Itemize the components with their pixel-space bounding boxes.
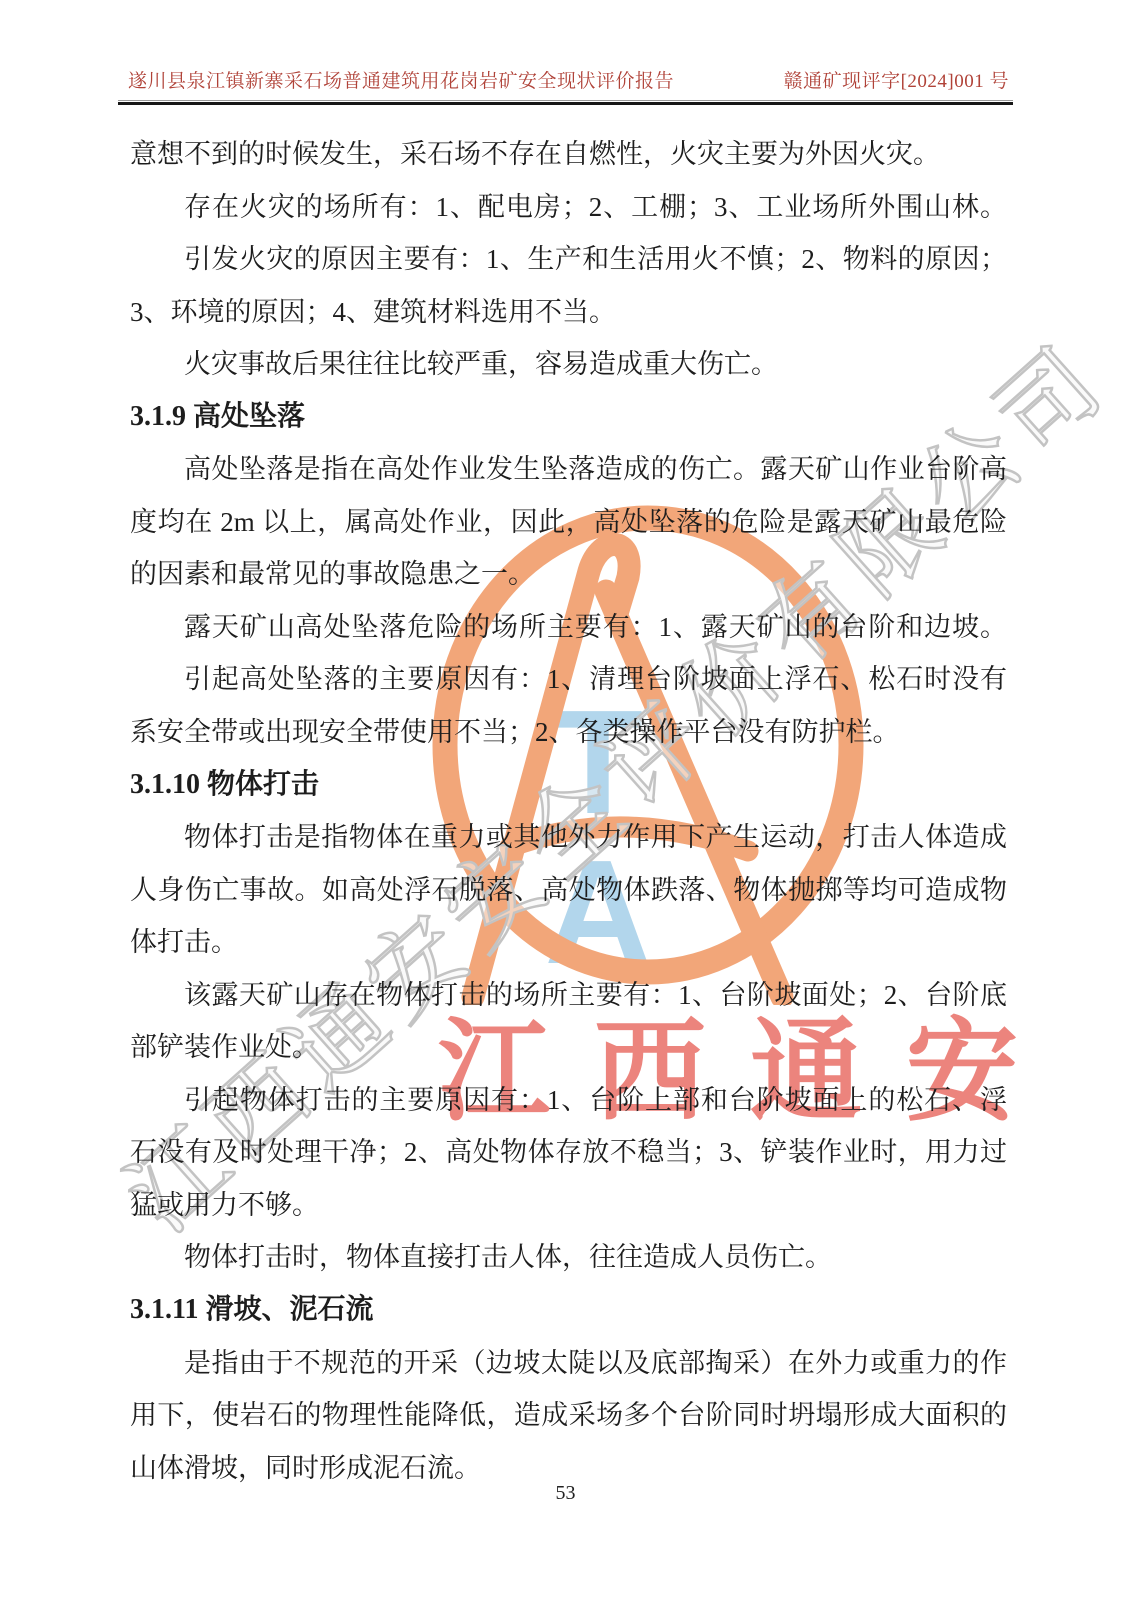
body-line: 引发火灾的原因主要有：1、生产和生活用火不慎；2、物料的原因； <box>130 233 1007 286</box>
body-line: 意想不到的时候发生，采石场不存在自燃性，火灾主要为外因火灾。 <box>130 128 1007 181</box>
body-line: 度均在 2m 以上，属高处作业，因此，高处坠落的危险是露天矿山最危险 <box>130 496 1007 549</box>
body-line: 系安全带或出现安全带使用不当；2、各类操作平台没有防护栏。 <box>130 706 1007 759</box>
body-line: 物体打击是指物体在重力或其他外力作用下产生运动，打击人体造成 <box>130 811 1007 864</box>
page-number: 53 <box>0 1482 1131 1505</box>
body-line: 露天矿山高处坠落危险的场所主要有：1、露天矿山的台阶和边坡。 <box>130 601 1007 654</box>
header-rule-thin-line <box>118 100 1013 101</box>
body-line: 人身伤亡事故。如高处浮石脱落、高处物体跌落、物体抛掷等均可造成物 <box>130 864 1007 917</box>
section-heading: 3.1.10 物体打击 <box>130 759 1007 812</box>
header-document-number: 赣通矿现评字[2024]001 号 <box>784 66 1009 93</box>
page-header: 遂川县泉江镇新寨采石场普通建筑用花岗岩矿安全现状评价报告 赣通矿现评字[2024… <box>128 66 1009 93</box>
body-line: 用下，使岩石的物理性能降低，造成采场多个台阶同时坍塌形成大面积的 <box>130 1389 1007 1442</box>
header-rule-thick-line <box>118 102 1013 105</box>
body-line: 火灾事故后果往往比较严重，容易造成重大伤亡。 <box>130 338 1007 391</box>
body-line: 引起高处坠落的主要原因有：1、清理台阶坡面上浮石、松石时没有 <box>130 653 1007 706</box>
header-report-title: 遂川县泉江镇新寨采石场普通建筑用花岗岩矿安全现状评价报告 <box>128 66 674 93</box>
body-line: 引起物体打击的主要原因有：1、台阶上部和台阶坡面上的松石、浮 <box>130 1074 1007 1127</box>
header-rule <box>118 100 1013 105</box>
body-line: 的因素和最常见的事故隐患之一。 <box>130 548 1007 601</box>
document-body: 意想不到的时候发生，采石场不存在自燃性，火灾主要为外因火灾。存在火灾的场所有：1… <box>130 128 1007 1494</box>
body-line: 高处坠落是指在高处作业发生坠落造成的伤亡。露天矿山作业台阶高 <box>130 443 1007 496</box>
body-line: 是指由于不规范的开采（边坡太陡以及底部掏采）在外力或重力的作 <box>130 1337 1007 1390</box>
body-line: 3、环境的原因；4、建筑材料选用不当。 <box>130 286 1007 339</box>
body-line: 物体打击时，物体直接打击人体，往往造成人员伤亡。 <box>130 1231 1007 1284</box>
body-line: 体打击。 <box>130 916 1007 969</box>
body-line: 部铲装作业处。 <box>130 1021 1007 1074</box>
body-line: 该露天矿山存在物体打击的场所主要有：1、台阶坡面处；2、台阶底 <box>130 969 1007 1022</box>
body-line: 猛或用力不够。 <box>130 1179 1007 1232</box>
report-page: T A 江西通安安全评价有限公司 江西通安 遂川县泉江镇新寨采石场普通建筑用花岗… <box>0 0 1131 1600</box>
section-heading: 3.1.11 滑坡、泥石流 <box>130 1284 1007 1337</box>
body-line: 存在火灾的场所有：1、配电房；2、工棚；3、工业场所外围山林。 <box>130 181 1007 234</box>
section-heading: 3.1.9 高处坠落 <box>130 391 1007 444</box>
body-line: 石没有及时处理干净；2、高处物体存放不稳当；3、铲装作业时，用力过 <box>130 1126 1007 1179</box>
